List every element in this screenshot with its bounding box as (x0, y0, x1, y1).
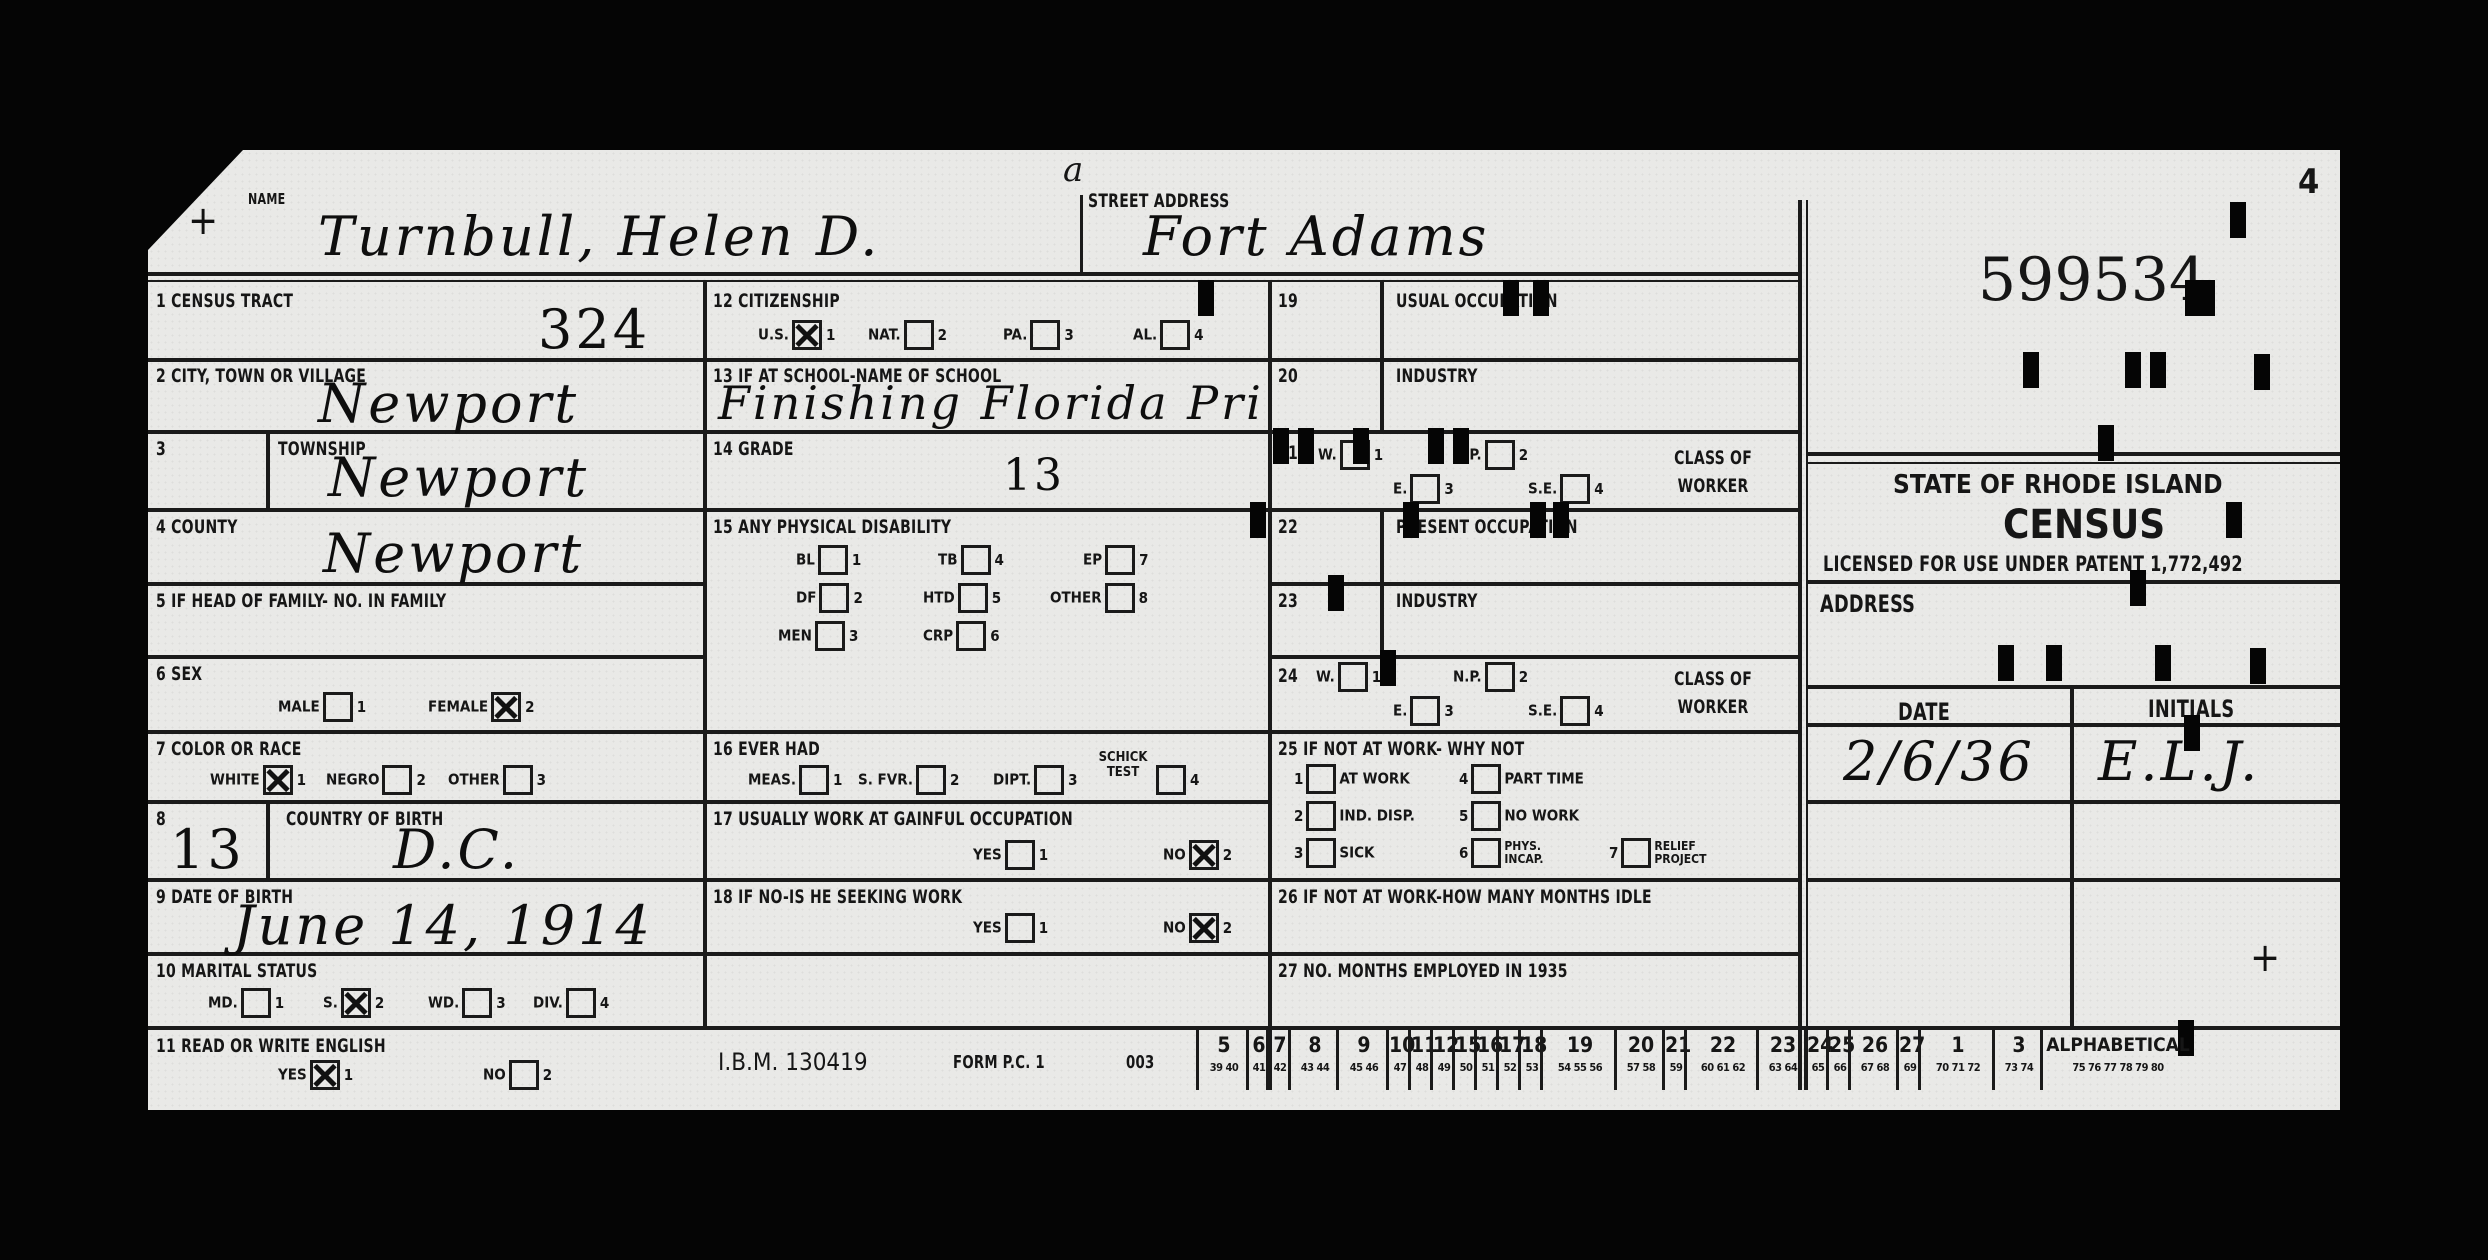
name-label: NAME (248, 190, 285, 208)
seeking-yes-option[interactable]: YES1 (973, 913, 1048, 943)
class24-w-option[interactable]: W.1 (1316, 662, 1381, 692)
sex-male-option[interactable]: MALE1 (278, 692, 366, 722)
gainful-yes-option[interactable]: YES1 (973, 840, 1048, 870)
field-24-num: 24 (1278, 665, 1298, 687)
address-label: ADDRESS (1820, 590, 1915, 618)
field-19-num: 19 (1278, 290, 1298, 312)
citizenship-al-option[interactable]: AL.4 (1133, 320, 1204, 350)
county-value: Newport (323, 522, 584, 585)
disability-htd-option[interactable]: HTD5 (923, 583, 1001, 613)
divider (1806, 200, 1808, 1090)
gainful-no-option[interactable]: NO2 (1163, 840, 1232, 870)
census-tract-value: 324 (538, 298, 650, 361)
race-negro-option[interactable]: NEGRO2 (326, 765, 426, 795)
field-23-label: INDUSTRY (1396, 590, 1478, 612)
field-18-label: 18 IF NO-IS HE SEEKING WORK (713, 886, 962, 908)
column-number-strip: 539 40 641 742 843 44 945 46 1047 1148 1… (1196, 1030, 2340, 1090)
citizenship-pa-option[interactable]: PA.3 (1003, 320, 1074, 350)
divider (703, 280, 707, 1030)
marital-div-option[interactable]: DIV.4 (533, 988, 609, 1018)
sex-female-option[interactable]: FEMALE2 (428, 692, 535, 722)
field-16-label: 16 EVER HAD (713, 738, 820, 760)
corner-mark: 4 (2298, 162, 2319, 202)
state-header: STATE OF RHODE ISLAND (1893, 470, 2223, 500)
name-address-divider (1080, 195, 1083, 275)
city-value: Newport (318, 372, 579, 435)
field-6-label: 6 SEX (156, 663, 202, 685)
name-value: Turnbull, Helen D. (318, 205, 880, 268)
date-header: DATE (1898, 698, 1950, 726)
class21-e-option[interactable]: E.3 (1393, 474, 1454, 504)
field-25-label: 25 IF NOT AT WORK- WHY NOT (1278, 738, 1524, 760)
grade-value: 13 (1003, 450, 1065, 501)
field-4-label: 4 COUNTY (156, 516, 238, 538)
ever-had-dipt-option[interactable]: DIPT.3 (993, 765, 1078, 795)
why-not-6-option[interactable]: 6PHYS. INCAP. (1458, 838, 1559, 868)
disability-df-option[interactable]: DF2 (796, 583, 863, 613)
field-22-num: 22 (1278, 516, 1298, 538)
country-of-birth-value: D.C. (393, 818, 520, 881)
race-white-option[interactable]: WHITE1 (210, 765, 306, 795)
serial-number: 599534 (1978, 245, 2207, 315)
marital-s-option[interactable]: S.2 (323, 988, 384, 1018)
class24-se-option[interactable]: S.E.4 (1528, 696, 1604, 726)
field-10-label: 10 MARITAL STATUS (156, 960, 318, 982)
field-7-label: 7 COLOR OR RACE (156, 738, 302, 760)
divider (1268, 280, 1272, 1090)
disability-tb-option[interactable]: TB4 (938, 545, 1004, 575)
field-17-label: 17 USUALLY WORK AT GAINFUL OCCUPATION (713, 808, 1073, 830)
why-not-5-option[interactable]: 5NO WORK (1458, 801, 1579, 831)
field-24-class-label: CLASS OF WORKER (1668, 665, 1758, 721)
field-8-num: 8 (156, 808, 166, 830)
class21-w-option[interactable]: W.1 (1318, 440, 1383, 470)
township-value: Newport (328, 446, 589, 509)
why-not-4-option[interactable]: 4PART TIME (1458, 764, 1584, 794)
field-3-num: 3 (156, 438, 166, 460)
field-1-label: 1 CENSUS TRACT (156, 290, 293, 312)
english-yes-option[interactable]: YES1 (278, 1060, 353, 1090)
form-code: 003 (1126, 1052, 1154, 1073)
class24-e-option[interactable]: E.3 (1393, 696, 1454, 726)
name-annotation: a (1063, 150, 1083, 190)
school-name-value: Finishing Florida Pri (718, 376, 1264, 430)
field-15-label: 15 ANY PHYSICAL DISABILITY (713, 516, 951, 538)
date-value: 2/6/36 (1843, 730, 2035, 793)
patent-line: LICENSED FOR USE UNDER PATENT 1,772,492 (1823, 552, 2243, 576)
ever-had-meas-option[interactable]: MEAS.1 (748, 765, 842, 795)
citizenship-us-option[interactable]: U.S.1 (758, 320, 835, 350)
street-address-value: Fort Adams (1143, 205, 1489, 268)
class24-np-option[interactable]: N.P.2 (1453, 662, 1528, 692)
why-not-2-option[interactable]: 2IND. DISP. (1293, 801, 1415, 831)
census-card: + + 4 NAME Turnbull, Helen D. a STREET A… (148, 150, 2340, 1110)
divider (148, 280, 1798, 282)
marital-wd-option[interactable]: WD.3 (428, 988, 506, 1018)
field-23-num: 23 (1278, 590, 1298, 612)
field-8-box-value: 13 (170, 818, 245, 881)
field-27-label: 27 NO. MONTHS EMPLOYED IN 1935 (1278, 960, 1568, 982)
ever-had-schick-option[interactable]: 4 (1153, 765, 1199, 795)
marital-md-option[interactable]: MD.1 (208, 988, 284, 1018)
field-11-label: 11 READ OR WRITE ENGLISH (156, 1035, 386, 1057)
field-20-label: INDUSTRY (1396, 365, 1478, 387)
disability-crp-option[interactable]: CRP6 (923, 621, 1000, 651)
initials-value: E.L.J. (2098, 730, 2260, 793)
field-26-label: 26 IF NOT AT WORK-HOW MANY MONTHS IDLE (1278, 886, 1652, 908)
divider (148, 272, 1798, 276)
ibm-number: I.B.M. 130419 (718, 1048, 868, 1076)
disability-other-option[interactable]: OTHER8 (1050, 583, 1148, 613)
disability-ep-option[interactable]: EP7 (1083, 545, 1149, 575)
field-22-label: PRESENT OCCUPATION (1396, 516, 1578, 538)
registration-cross-icon: + (188, 198, 218, 244)
field-21-class-label: CLASS OF WORKER (1668, 444, 1758, 500)
form-number: FORM P.C. 1 (953, 1052, 1045, 1073)
registration-cross-icon: + (2250, 935, 2280, 981)
citizenship-nat-option[interactable]: NAT.2 (868, 320, 947, 350)
field-5-label: 5 IF HEAD OF FAMILY- NO. IN FAMILY (156, 590, 446, 612)
race-other-option[interactable]: OTHER3 (448, 765, 546, 795)
why-not-7-option[interactable]: 7RELIEF PROJECT (1608, 838, 1724, 868)
divider (1798, 200, 1802, 1090)
english-no-option[interactable]: NO2 (483, 1060, 552, 1090)
class21-se-option[interactable]: S.E.4 (1528, 474, 1604, 504)
field-20-num: 20 (1278, 365, 1298, 387)
field-14-label: 14 GRADE (713, 438, 794, 460)
date-of-birth-value: June 14, 1914 (233, 894, 653, 957)
ever-had-schick-label: SCHICK TEST (1093, 750, 1153, 780)
ever-had-sfvr-option[interactable]: S. FVR.2 (858, 765, 959, 795)
census-title: CENSUS (2003, 502, 2165, 548)
seeking-no-option[interactable]: NO2 (1163, 913, 1232, 943)
why-not-3-option[interactable]: 3SICK (1293, 838, 1375, 868)
field-12-label: 12 CITIZENSHIP (713, 290, 840, 312)
disability-bl-option[interactable]: BL1 (796, 545, 861, 575)
why-not-1-option[interactable]: 1AT WORK (1293, 764, 1410, 794)
disability-men-option[interactable]: MEN3 (778, 621, 858, 651)
